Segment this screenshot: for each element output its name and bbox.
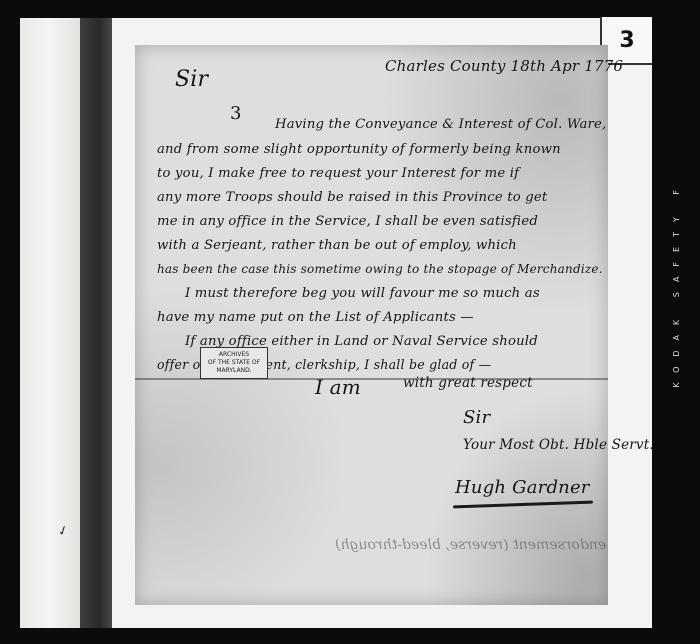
salutation: Sir	[175, 67, 208, 92]
body-line: to you, I make free to request your Inte…	[157, 166, 519, 181]
film-edge-text: KODAK SAFETY F	[672, 180, 692, 388]
stamp-line-2: OF THE STATE OF	[208, 359, 260, 367]
closing-respect: with great respect	[403, 375, 533, 391]
signature-flourish	[453, 501, 593, 509]
reverse-bleed-through: endorsement (reverse, bleed-through)	[335, 537, 606, 553]
stamp-line-3: MARYLAND.	[216, 367, 251, 375]
body-line: any more Troops should be raised in this…	[157, 190, 547, 205]
body-line: Having the Conveyance & Interest of Col.…	[275, 117, 606, 132]
body-line: with a Serjeant, rather than be out of e…	[157, 238, 517, 253]
signature: Hugh Gardner	[455, 477, 590, 498]
body-line: I must therefore beg you will favour me …	[185, 286, 540, 301]
closing-i-am: I am	[315, 375, 361, 399]
body-line: have my name put on the List of Applican…	[157, 310, 474, 325]
body-line: and from some slight opportunity of form…	[157, 142, 561, 157]
film-gutter	[80, 18, 112, 628]
page-number: 3	[230, 103, 242, 124]
dateline: Charles County 18th Apr 1776	[385, 57, 623, 75]
letter-page: Sir Charles County 18th Apr 1776 3 Havin…	[135, 45, 608, 605]
body-line: me in any office in the Service, I shall…	[157, 214, 538, 229]
closing-servant: Your Most Obt. Hble Servt.	[463, 437, 654, 453]
closing-sir: Sir	[463, 407, 490, 428]
body-line: has been the case this sometime owing to…	[157, 262, 603, 276]
archives-stamp: ARCHIVES OF THE STATE OF MARYLAND.	[200, 347, 268, 379]
stamp-line-1: ARCHIVES	[219, 351, 249, 359]
